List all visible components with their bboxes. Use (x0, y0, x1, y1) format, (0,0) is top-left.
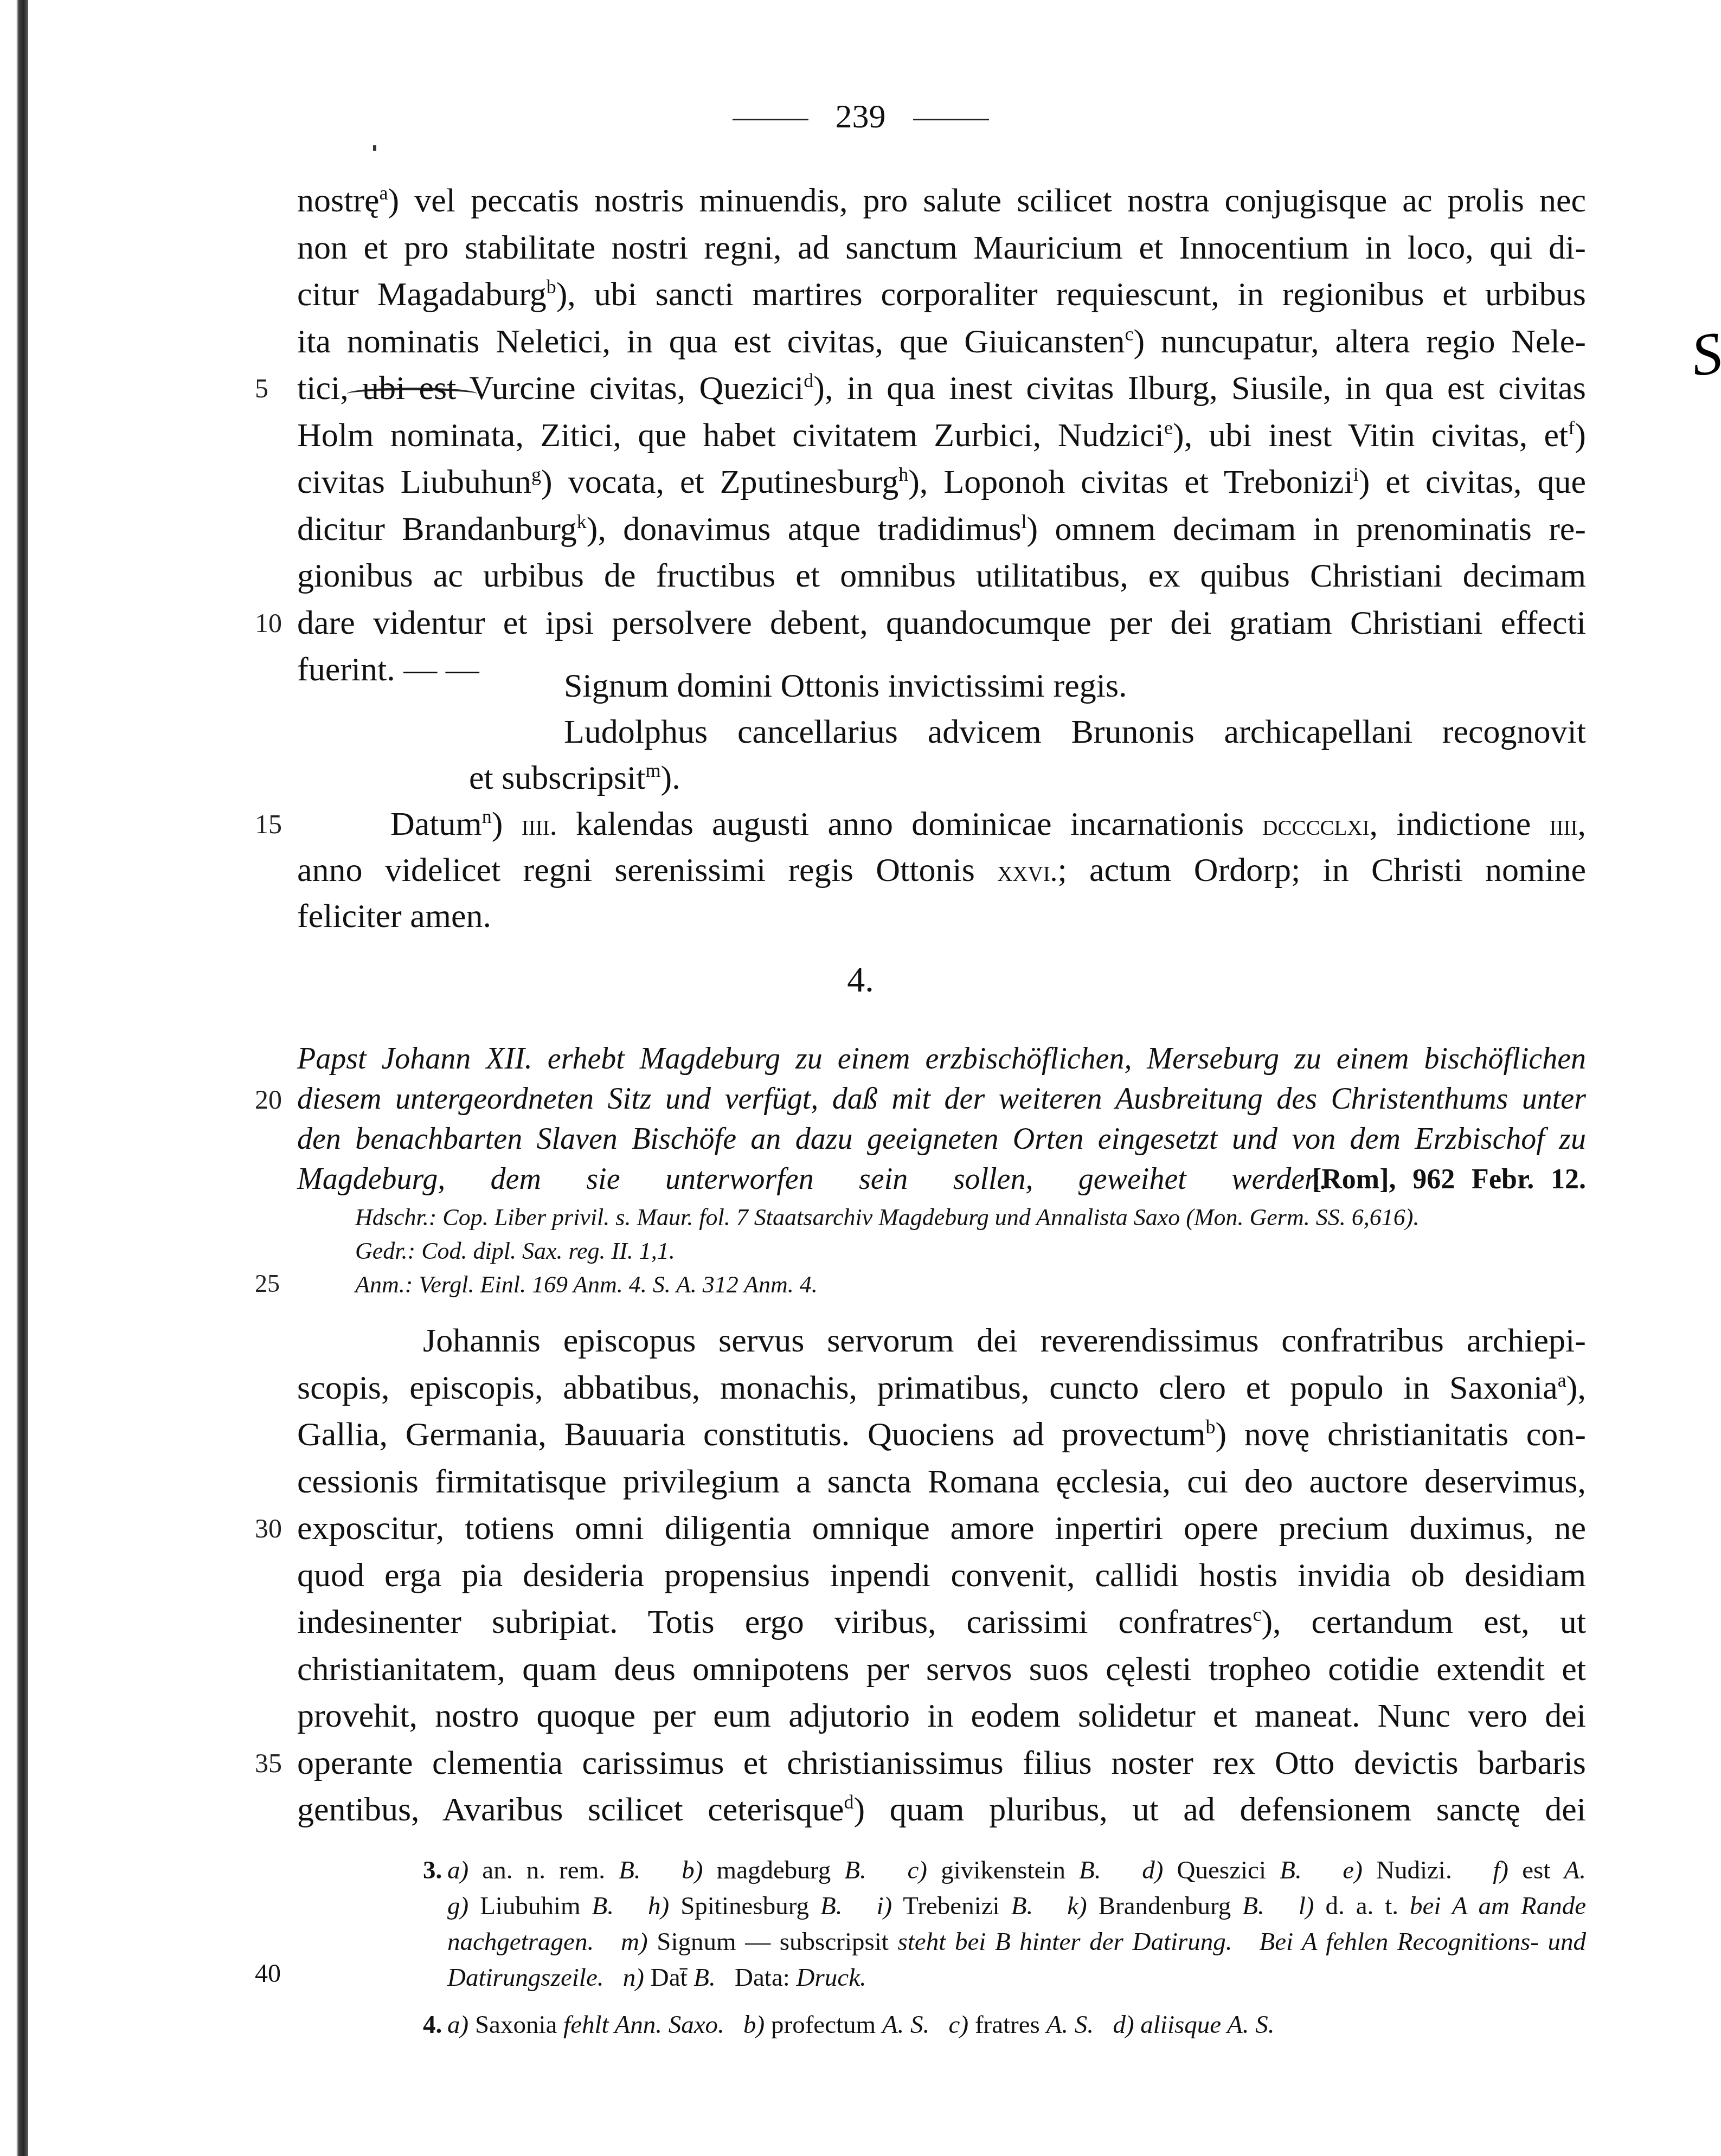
charter-line: cessionis firmitatisque privilegium a sa… (297, 1458, 1586, 1505)
line-number: 25 (255, 1260, 280, 1307)
page-number: 239 (0, 98, 1721, 136)
footnote-line: g) Liubuhim B. h) Spitinesburg B. i) Tre… (447, 1887, 1586, 1925)
recognition-line-cont: et subscripsitm). (469, 755, 1586, 801)
source-manuscript: Hdschr.: Cop. Liber privil. s. Maur. fol… (355, 1201, 1419, 1234)
regest-line: den benachbarten Slaven Bischöfe an dazu… (297, 1118, 1586, 1160)
charter-line: Johannis episcopus servus servorum dei r… (423, 1317, 1586, 1364)
regest-line: diesem untergeordneten Sitz und verfügt,… (297, 1078, 1586, 1119)
charter-line: dicitur Brandanburgk), donavimus atque t… (297, 506, 1586, 552)
dating-line: feliciter amen. (297, 893, 1586, 939)
footnote-line: Datirungszeile. n) Dat̄ B. Data: Druck. (447, 1959, 1586, 1997)
charter-line: scopis, episcopis, abbatibus, monachis, … (297, 1365, 1586, 1411)
charter-line: indesinenter subripiat. Totis ergo virib… (297, 1599, 1586, 1645)
line-number: 10 (255, 600, 282, 646)
regest-date-value: [Rom], 962 Febr. 12. (1312, 1164, 1586, 1195)
source-notes: Anm.: Vergl. Einl. 169 Anm. 4. S. A. 312… (355, 1268, 818, 1302)
regest-line: Magdeburg, dem sie unterworfen sein soll… (297, 1159, 1327, 1200)
line-number: 20 (255, 1076, 282, 1123)
charter-line: citur Magadaburgb), ubi sancti martires … (297, 271, 1586, 318)
charter-line: exposcitur, totiens omni diligentia omni… (297, 1505, 1586, 1552)
signum-line: Signum domini Ottonis invictissimi regis… (564, 662, 1586, 709)
charter-line: christianitatem, quam deus omnipotens pe… (297, 1646, 1586, 1692)
line-number: 30 (255, 1505, 282, 1552)
charter-line: gentibus, Avaribus scilicet ceterisqued)… (297, 1786, 1586, 1833)
book-binding-edge (16, 0, 28, 2156)
charter-line: civitas Liubuhung) vocata, et Zputinesbu… (297, 459, 1586, 505)
line-number: 35 (255, 1740, 282, 1786)
charter-line: Holm nominata, Zitici, que habet civitat… (297, 412, 1586, 459)
charter-line: operante clementia carissimus et christi… (297, 1740, 1586, 1786)
handwritten-margin-mark: S (1687, 318, 1721, 390)
dating-line: anno videlicet regni serenissimi regis O… (297, 847, 1586, 894)
footnote-doc-label: 3. (423, 1851, 442, 1889)
page-number-rule-right (913, 119, 989, 120)
charter-line: gionibus ac urbibus de fructibus et omni… (297, 552, 1586, 599)
charter-line: Gallia, Germania, Bauuaria constitutis. … (297, 1411, 1586, 1458)
document-number: 4. (0, 960, 1721, 1001)
page-number-value: 239 (836, 98, 886, 135)
ink-speck (373, 145, 376, 151)
source-printed: Gedr.: Cod. dipl. Sax. reg. II. 1,1. (355, 1234, 675, 1268)
line-number: 40 (255, 1959, 281, 1988)
charter-line: tici, ubi est Vurcine civitas, Quezicid)… (297, 365, 1586, 411)
page-number-rule-left (733, 119, 808, 120)
recognition-line: Ludolphus cancellarius advicem Brunonis … (564, 709, 1586, 755)
charter-line: provehit, nostro quoque per eum adjutori… (297, 1692, 1586, 1739)
regest-date: [Rom], 962 Febr. 12. (1312, 1159, 1586, 1200)
line-number: 5 (255, 365, 268, 411)
footnote-doc-label: 4. (423, 2006, 442, 2044)
line-number: 15 (255, 801, 282, 847)
dating-line: Datumn) iiii. kalendas augusti anno domi… (390, 801, 1586, 848)
charter-line: nostręa) vel peccatis nostris minuendis,… (297, 177, 1586, 224)
footnote-line: nachgetragen. m) Signum — subscripsit st… (447, 1923, 1586, 1961)
footnote-line: 3.a) an. n. rem. B. b) magdeburg B. c) g… (447, 1851, 1586, 1889)
regest-line: Papst Johann XII. erhebt Magdeburg zu ei… (297, 1038, 1586, 1079)
charter-line: dare videntur et ipsi persolvere debent,… (297, 600, 1586, 646)
footnote-line: 4.a) Saxonia fehlt Ann. Saxo. b) profect… (447, 2006, 1586, 2044)
charter-line: ita nominatis Neletici, in qua est civit… (297, 318, 1586, 365)
charter-line: non et pro stabilitate nostri regni, ad … (297, 224, 1586, 271)
charter-line: quod erga pia desideria propensius inpen… (297, 1552, 1586, 1599)
